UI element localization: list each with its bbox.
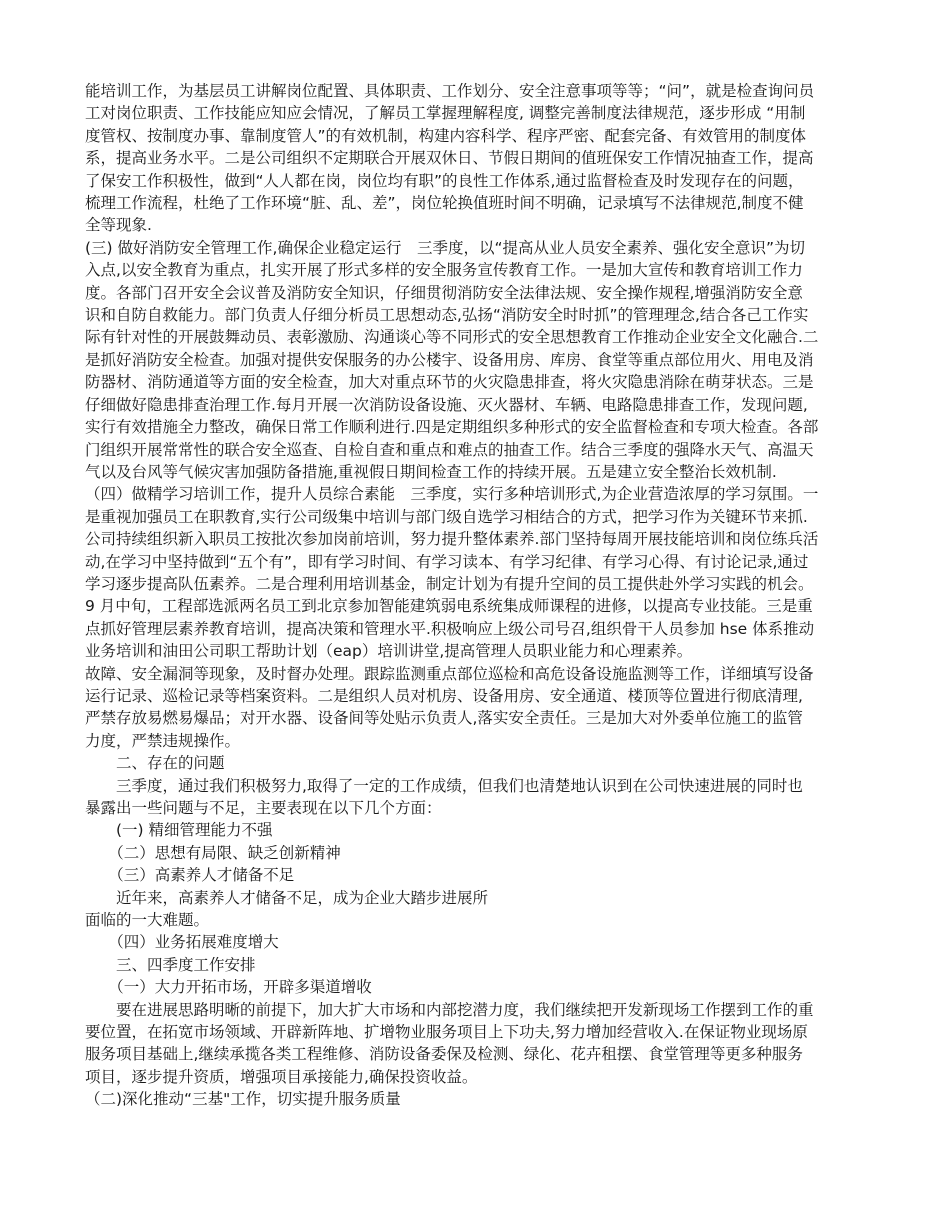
text-line: 实行有效措施全力整改，确保日常工作顺利进行.四是定期组织多种形式的安全监督检查和…	[85, 416, 870, 438]
text-line: （二）思想有局限、缺乏创新精神	[85, 842, 870, 864]
text-line: 要位置，在拓宽市场领域、开辟新阵地、扩增物业服务项目上下功夫,努力增加经营收入.…	[85, 1021, 870, 1043]
text-line: 业务培训和油田公司职工帮助计划（eap）培训讲堂,提高管理人员职业能力和心理素养…	[85, 640, 870, 662]
text-line: 三季度，通过我们积极努力,取得了一定的工作成绩，但我们也清楚地认识到在公司快速进…	[85, 775, 870, 797]
text-line: 要在进展思路明晰的前提下，加大扩大市场和内部挖潜力度，我们继续把开发新现场工作摆…	[85, 999, 870, 1021]
text-line: 是重视加强员工在职教育,实行公司级集中培训与部门级自选学习相结合的方式，把学习作…	[85, 506, 870, 528]
text-line: 工对岗位职责、工作技能应知应会情况，了解员工掌握理解程度, 调整完善制度法律规范…	[85, 102, 870, 124]
text-line: 项目，逐步提升资质，增强项目承接能力,确保投资收益。	[85, 1066, 870, 1088]
text-line: (一) 精细管理能力不强	[85, 819, 870, 841]
text-line: 仔细做好隐患排查治理工作.每月开展一次消防设备设施、灭火器材、车辆、电路隐患排查…	[85, 394, 870, 416]
document-page: 能培训工作，为基层员工讲解岗位配置、具体职责、工作划分、安全注意事项等等；“问”…	[0, 0, 950, 1230]
text-line: 三、四季度工作安排	[85, 954, 870, 976]
text-line: 公司持续组织新入职员工按批次参加岗前培训，努力提升整体素养.部门坚持每周开展技能…	[85, 528, 870, 550]
text-line: 了保安工作积极性，做到“人人都在岗，岗位均有职”的良性工作体系,通过监督检查及时…	[85, 170, 870, 192]
text-line: 门组织开展常常性的联合安全巡查、自检自查和重点和难点的抽查工作。结合三季度的强降…	[85, 439, 870, 461]
text-line: （三）高素养人才储备不足	[85, 864, 870, 886]
text-line: 二、存在的问题	[85, 752, 870, 774]
text-line: 面临的一大难题。	[85, 909, 870, 931]
text-line: 能培训工作，为基层员工讲解岗位配置、具体职责、工作划分、安全注意事项等等；“问”…	[85, 80, 870, 102]
text-line: 严禁存放易燃易爆品；对开水器、设备间等处贴示负责人,落实安全责任。三是加大对外委…	[85, 707, 870, 729]
text-line: 动,在学习中坚持做到“五个有”，即有学习时间、有学习读本、有学习纪律、有学习心得…	[85, 551, 870, 573]
text-line: 际有针对性的开展鼓舞动员、表彰激励、沟通谈心等不同形式的安全思想教育工作推动企业…	[85, 326, 870, 348]
text-line: 暴露出一些问题与不足，主要表现在以下几个方面：	[85, 797, 870, 819]
text-line: 力度，严禁违规操作。	[85, 730, 870, 752]
text-line: 度。各部门召开安全会议普及消防安全知识，仔细贯彻消防安全法律法规、安全操作规程,…	[85, 282, 870, 304]
text-line: 近年来，高素养人才储备不足，成为企业大踏步进展所	[85, 887, 870, 909]
text-line: 学习逐步提高队伍素养。二是合理利用培训基金，制定计划为有提升空间的员工提供赴外学…	[85, 573, 870, 595]
text-line: 识和自防自救能力。部门负责人仔细分析员工思想动态,弘扬“消防安全时时抓”的管理理…	[85, 304, 870, 326]
text-line: 气以及台风等气候灾害加强防备措施,重视假日期间检查工作的持续开展。五是建立安全整…	[85, 461, 870, 483]
text-line: 服务项目基础上,继续承揽各类工程维修、消防设备委保及检测、绿化、花卉租摆、食堂管…	[85, 1043, 870, 1065]
text-line: 梳理工作流程，杜绝了工作环境“脏、乱、差”，岗位轮换值班时间不明确，记录填写不法…	[85, 192, 870, 214]
text-line: 入点,以安全教育为重点，扎实开展了形式多样的安全服务宣传教育工作。一是加大宣传和…	[85, 259, 870, 281]
text-line: （四）业务拓展难度增大	[85, 931, 870, 953]
text-line: 点抓好管理层素养教育培训，提高决策和管理水平.积极响应上级公司号召,组织骨干人员…	[85, 618, 870, 640]
text-line: （四）做精学习培训工作，提升人员综合素能 三季度，实行多种培训形式,为企业营造浓…	[85, 483, 870, 505]
text-line: 是抓好消防安全检查。加强对提供安保服务的办公楼宇、设备用房、库房、食堂等重点部位…	[85, 349, 870, 371]
document-body: 能培训工作，为基层员工讲解岗位配置、具体职责、工作划分、安全注意事项等等；“问”…	[85, 80, 870, 1111]
text-line: 系，提高业务水平。二是公司组织不定期联合开展双休日、节假日期间的值班保安工作情况…	[85, 147, 870, 169]
text-line: （二)深化推动“三基"工作，切实提升服务质量	[85, 1088, 870, 1110]
text-line: 运行记录、巡检记录等档案资料。二是组织人员对机房、设备用房、安全通道、楼顶等位置…	[85, 685, 870, 707]
text-line: 全等现象.	[85, 214, 870, 236]
text-line: (三) 做好消防安全管理工作,确保企业稳定运行 三季度，以“提高从业人员安全素养…	[85, 237, 870, 259]
text-line: 度管权、按制度办事、靠制度管人”的有效机制，构建内容科学、程序严密、配套完备、有…	[85, 125, 870, 147]
text-line: 故障、安全漏洞等现象，及时督办处理。跟踪监测重点部位巡检和高危设备设施监测等工作…	[85, 663, 870, 685]
text-line: 防器材、消防通道等方面的安全检查，加大对重点环节的火灾隐患排查，将火灾隐患消除在…	[85, 371, 870, 393]
text-line: 9 月中旬，工程部选派两名员工到北京参加智能建筑弱电系统集成师课程的进修，以提高…	[85, 595, 870, 617]
text-line: （一）大力开拓市场，开辟多渠道增收	[85, 976, 870, 998]
